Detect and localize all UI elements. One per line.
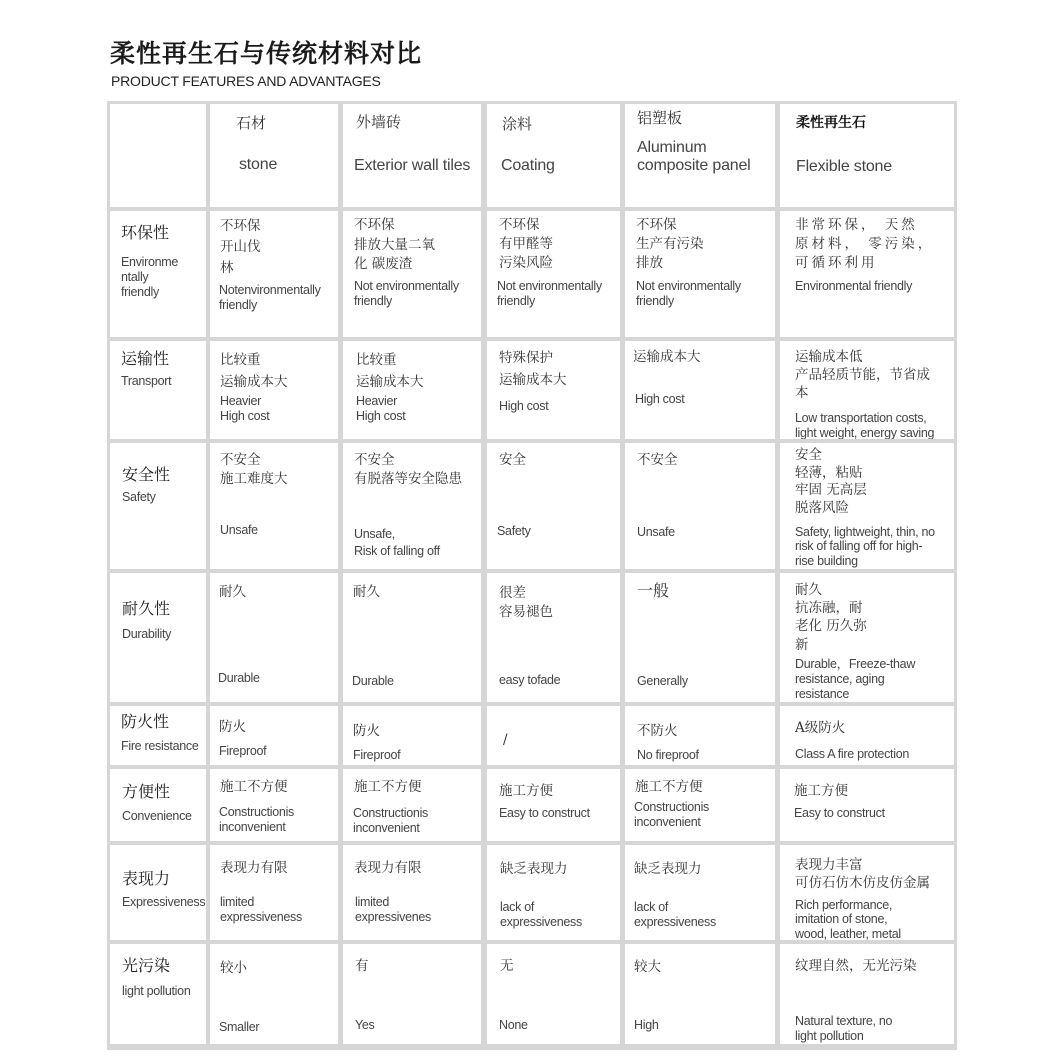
cell-text-cn: A级防火: [795, 720, 845, 738]
table-cell: 很差 容易褪色 easy tofade: [487, 573, 620, 702]
cell-text-en: Notenvironmentally friendly: [219, 283, 321, 313]
cell-text-cn: 很差 容易褪色: [499, 584, 553, 622]
cell-text-cn: 一般: [637, 581, 669, 602]
table-cell: 耐久 Durable: [343, 573, 481, 702]
cell-text-cn: 较大: [634, 959, 661, 977]
cell-text-cn: 不安全 有脱落等安全隐患: [354, 451, 462, 489]
cell-text-en: easy tofade: [499, 673, 560, 688]
cell-text-cn: 施工不方便: [635, 779, 703, 797]
cell-text-cn: 不环保 排放大量二氧 化 碳废渣: [354, 216, 435, 275]
table-cell: 一般 Generally: [625, 573, 775, 702]
feature-title-en: light pollution: [122, 984, 190, 999]
cell-text-cn: 施工方便: [499, 783, 553, 801]
row-header-expressiveness: 表现力 Expressiveness: [110, 845, 206, 940]
table-cell: 不防火 No fireproof: [625, 706, 775, 765]
cell-text-cn: 耐久: [353, 584, 380, 602]
table-cell: A级防火 Class A fire protection: [780, 706, 954, 765]
table-cell: 纹理自然，无光污染 Natural texture, no light poll…: [780, 944, 954, 1044]
cell-text-en: Not environmentally friendly: [636, 279, 741, 309]
row-header-convenience: 方便性 Convenience: [110, 769, 206, 841]
cell-text-cn: 表现力有限: [220, 860, 288, 878]
feature-title-cn: 光污染: [122, 956, 170, 977]
table-cell: 施工方便 Easy to construct: [487, 769, 620, 841]
table-cell: 不安全 有脱落等安全隐患 Unsafe, Risk of falling off: [343, 443, 481, 569]
cell-text-en: High cost: [635, 392, 684, 407]
cell-text-en: Rich performance, imitation of stone, wo…: [795, 898, 901, 940]
cell-text-cn: 不防火: [637, 723, 678, 741]
table-cell: 无 None: [487, 944, 620, 1044]
header-cell-exterior-wall-tiles: 外墙砖 Exterior wall tiles: [343, 104, 481, 207]
cell-text-en: Constructionis inconvenient: [353, 806, 428, 836]
cell-text-cn: 非常环保， 天然 原材料， 零污染， 可循环利用: [795, 216, 934, 273]
table-cell: 耐久 Durable: [210, 573, 338, 702]
cell-text-en: Unsafe: [637, 525, 675, 540]
header-cell-coating: 涂料 Coating: [487, 104, 620, 207]
cell-text-cn: 不环保 有甲醛等 污染风险: [499, 216, 553, 273]
feature-title-cn: 防火性: [121, 712, 169, 733]
table-cell: 防火 Fireproof: [343, 706, 481, 765]
table-cell: 表现力有限 limited expressivenes: [343, 845, 481, 940]
table-cell: 安全 Safety: [487, 443, 620, 569]
cell-text-cn: 表现力有限: [354, 860, 422, 878]
cell-text-cn: 纹理自然，无光污染: [795, 958, 917, 976]
feature-title-cn: 环保性: [121, 223, 169, 244]
cell-text-cn: 缺乏表现力: [500, 861, 568, 879]
cell-text-en: No fireproof: [637, 748, 699, 763]
table-cell: 不安全 Unsafe: [625, 443, 775, 569]
cell-text-en: Easy to construct: [794, 806, 885, 821]
table-cell: 表现力有限 limited expressiveness: [210, 845, 338, 940]
table-cell: 较大 High: [625, 944, 775, 1044]
cell-text-cn: 防火: [219, 719, 246, 737]
table-cell: 非常环保， 天然 原材料， 零污染， 可循环利用 Environmental f…: [780, 211, 954, 337]
column-title-en: Aluminum composite panel: [637, 139, 751, 174]
feature-title-cn: 安全性: [122, 465, 170, 486]
column-title-en: Exterior wall tiles: [354, 157, 470, 175]
feature-title-cn: 方便性: [122, 782, 170, 803]
cell-text-cn: 运输成本大: [633, 349, 701, 367]
cell-text-en: Durable，Freeze-thaw resistance, aging re…: [795, 657, 915, 702]
column-title-en: Coating: [501, 157, 555, 175]
header-cell-flexible-stone: 柔性再生石 Flexible stone: [780, 104, 954, 207]
header-cell-empty: [110, 104, 206, 207]
cell-text-cn: 安全: [499, 452, 526, 470]
cell-text-en: Generally: [637, 674, 688, 689]
cell-text-cn: 比较重 运输成本大: [220, 349, 288, 394]
feature-title-cn: 表现力: [122, 869, 170, 890]
cell-text-en: Durable: [352, 674, 394, 689]
table-cell: /: [487, 706, 620, 765]
cell-text-en: None: [499, 1018, 528, 1033]
feature-title-cn: 耐久性: [122, 599, 170, 620]
table-cell: 不环保 有甲醛等 污染风险 Not environmentally friend…: [487, 211, 620, 337]
cell-text-en: Fireproof: [353, 748, 400, 763]
cell-text-en: Smaller: [219, 1020, 259, 1035]
cell-text-en: Not environmentally friendly: [497, 279, 602, 309]
row-header-durability: 耐久性 Durability: [110, 573, 206, 702]
cell-text-cn: 无: [500, 958, 514, 976]
cell-text-cn: 安全 轻薄，粘贴 牢固 无高层 脱落风险: [795, 447, 867, 517]
column-title-en: stone: [239, 156, 277, 174]
cell-text-cn: 特殊保护 运输成本大: [499, 347, 567, 392]
table-cell: 特殊保护 运输成本大 High cost: [487, 341, 620, 439]
cell-text-en: Environmental friendly: [795, 279, 912, 294]
cell-text-cn: 施工方便: [794, 783, 848, 801]
feature-title-cn: 运输性: [121, 349, 169, 370]
feature-title-en: Environme ntally friendly: [121, 255, 178, 300]
table-cell: 施工不方便 Constructionis inconvenient: [210, 769, 338, 841]
table-cell: 不环保 排放大量二氧 化 碳废渣 Not environmentally fri…: [343, 211, 481, 337]
table-cell: 缺乏表现力 lack of expressiveness: [487, 845, 620, 940]
header-cell-stone: 石材 stone: [210, 104, 338, 207]
cell-text-cn: 比较重 运输成本大: [356, 349, 424, 394]
comparison-table: 石材 stone 外墙砖 Exterior wall tiles 涂料 Coat…: [107, 101, 957, 1050]
cell-text-en: Heavier High cost: [220, 394, 269, 424]
column-title-cn: 涂料: [502, 115, 532, 135]
cell-text-en: Heavier High cost: [356, 394, 405, 424]
table-cell: 表现力丰富 可仿石仿木仿皮仿金属 Rich performance, imita…: [780, 845, 954, 940]
cell-text-cn: 耐久: [219, 584, 246, 602]
cell-text-cn: 运输成本低 产品轻质节能，节省成 本: [795, 348, 930, 403]
cell-text-cn: 不安全: [637, 452, 678, 470]
cell-text-cn: 施工不方便: [354, 779, 422, 797]
cell-text-en: Natural texture, no light pollution: [795, 1014, 892, 1044]
feature-title-en: Durability: [122, 627, 171, 642]
row-header-light-pollution: 光污染 light pollution: [110, 944, 206, 1044]
column-title-cn: 石材: [236, 114, 266, 134]
header-cell-aluminum-composite-panel: 铝塑板 Aluminum composite panel: [625, 104, 775, 207]
table-cell: 较小 Smaller: [210, 944, 338, 1044]
table-cell: 缺乏表现力 lack of expressiveness: [625, 845, 775, 940]
cell-text-en: Durable: [218, 671, 260, 686]
table-cell: 施工方便 Easy to construct: [780, 769, 954, 841]
cell-text-en: Easy to construct: [499, 806, 590, 821]
feature-title-en: Expressiveness: [122, 895, 205, 910]
cell-text-en: Safety, lightweight, thin, no risk of fa…: [795, 525, 935, 568]
cell-text-en: Yes: [355, 1018, 375, 1033]
cell-text-cn: 不环保 生产有污染 排放: [636, 216, 704, 273]
cell-text-cn: 不环保 开山伐 林: [220, 216, 261, 279]
table-cell: 不环保 生产有污染 排放 Not environmentally friendl…: [625, 211, 775, 337]
cell-text-en: Unsafe, Risk of falling off: [354, 526, 440, 560]
cell-text-en: Class A fire protection: [795, 747, 909, 762]
column-title-en: Flexible stone: [796, 158, 892, 176]
feature-title-en: Transport: [121, 374, 171, 389]
table-cell: 不环保 开山伐 林 Notenvironmentally friendly: [210, 211, 338, 337]
cell-text-cn: 不安全 施工难度大: [220, 451, 288, 489]
table-cell: 不安全 施工难度大 Unsafe: [210, 443, 338, 569]
cell-text-en: Low transportation costs, light weight, …: [795, 411, 934, 439]
cell-text-cn: 防火: [353, 723, 380, 741]
table-cell: 比较重 运输成本大 Heavier High cost: [210, 341, 338, 439]
cell-text-en: Constructionis inconvenient: [219, 805, 294, 835]
cell-text-cn: 缺乏表现力: [634, 861, 702, 879]
cell-text-en: High: [634, 1018, 659, 1033]
table-cell: 比较重 运输成本大 Heavier High cost: [343, 341, 481, 439]
cell-text-cn: 较小: [220, 960, 247, 978]
cell-text-en: Not environmentally friendly: [354, 279, 459, 309]
column-title-cn: 柔性再生石: [796, 114, 866, 132]
table-cell: 运输成本大 High cost: [625, 341, 775, 439]
cell-text-en: Fireproof: [219, 744, 266, 759]
column-title-cn: 铝塑板: [637, 109, 682, 129]
cell-text-en: lack of expressiveness: [634, 900, 716, 930]
cell-text-en: limited expressivenes: [355, 895, 431, 925]
cell-text-cn: 有: [355, 958, 369, 976]
row-header-fire-resistance: 防火性 Fire resistance: [110, 706, 206, 765]
cell-text-en: High cost: [499, 399, 548, 414]
cell-text-en: limited expressiveness: [220, 895, 302, 925]
table-cell: 安全 轻薄，粘贴 牢固 无高层 脱落风险 Safety, lightweight…: [780, 443, 954, 569]
cell-text-en: Constructionis inconvenient: [634, 800, 709, 830]
table-cell: 施工不方便 Constructionis inconvenient: [625, 769, 775, 841]
cell-text-en: Unsafe: [220, 523, 258, 538]
row-header-transport: 运输性 Transport: [110, 341, 206, 439]
table-cell: 有 Yes: [343, 944, 481, 1044]
cell-text-en: Safety: [497, 524, 531, 539]
page-subtitle: PRODUCT FEATURES AND ADVANTAGES: [111, 73, 381, 89]
table-cell: 运输成本低 产品轻质节能，节省成 本 Low transportation co…: [780, 341, 954, 439]
row-header-safety: 安全性 Safety: [110, 443, 206, 569]
page-title: 柔性再生石与传统材料对比: [110, 34, 422, 70]
column-title-cn: 外墙砖: [356, 113, 401, 133]
table-cell: 施工不方便 Constructionis inconvenient: [343, 769, 481, 841]
table-cell: 耐久 抗冻融，耐 老化 历久弥 新 Durable，Freeze-thaw re…: [780, 573, 954, 702]
feature-title-en: Safety: [122, 490, 156, 505]
cell-text-cn: 耐久 抗冻融，耐 老化 历久弥 新: [795, 581, 867, 654]
cell-text-en: lack of expressiveness: [500, 900, 582, 930]
feature-title-en: Convenience: [122, 809, 192, 824]
cell-text-cn: 施工不方便: [220, 779, 288, 797]
feature-title-en: Fire resistance: [121, 739, 198, 754]
row-header-environmental: 环保性 Environme ntally friendly: [110, 211, 206, 337]
cell-text-cn: 表现力丰富 可仿石仿木仿皮仿金属: [795, 856, 930, 892]
table-cell: 防火 Fireproof: [210, 706, 338, 765]
cell-text-cn: /: [503, 732, 508, 750]
